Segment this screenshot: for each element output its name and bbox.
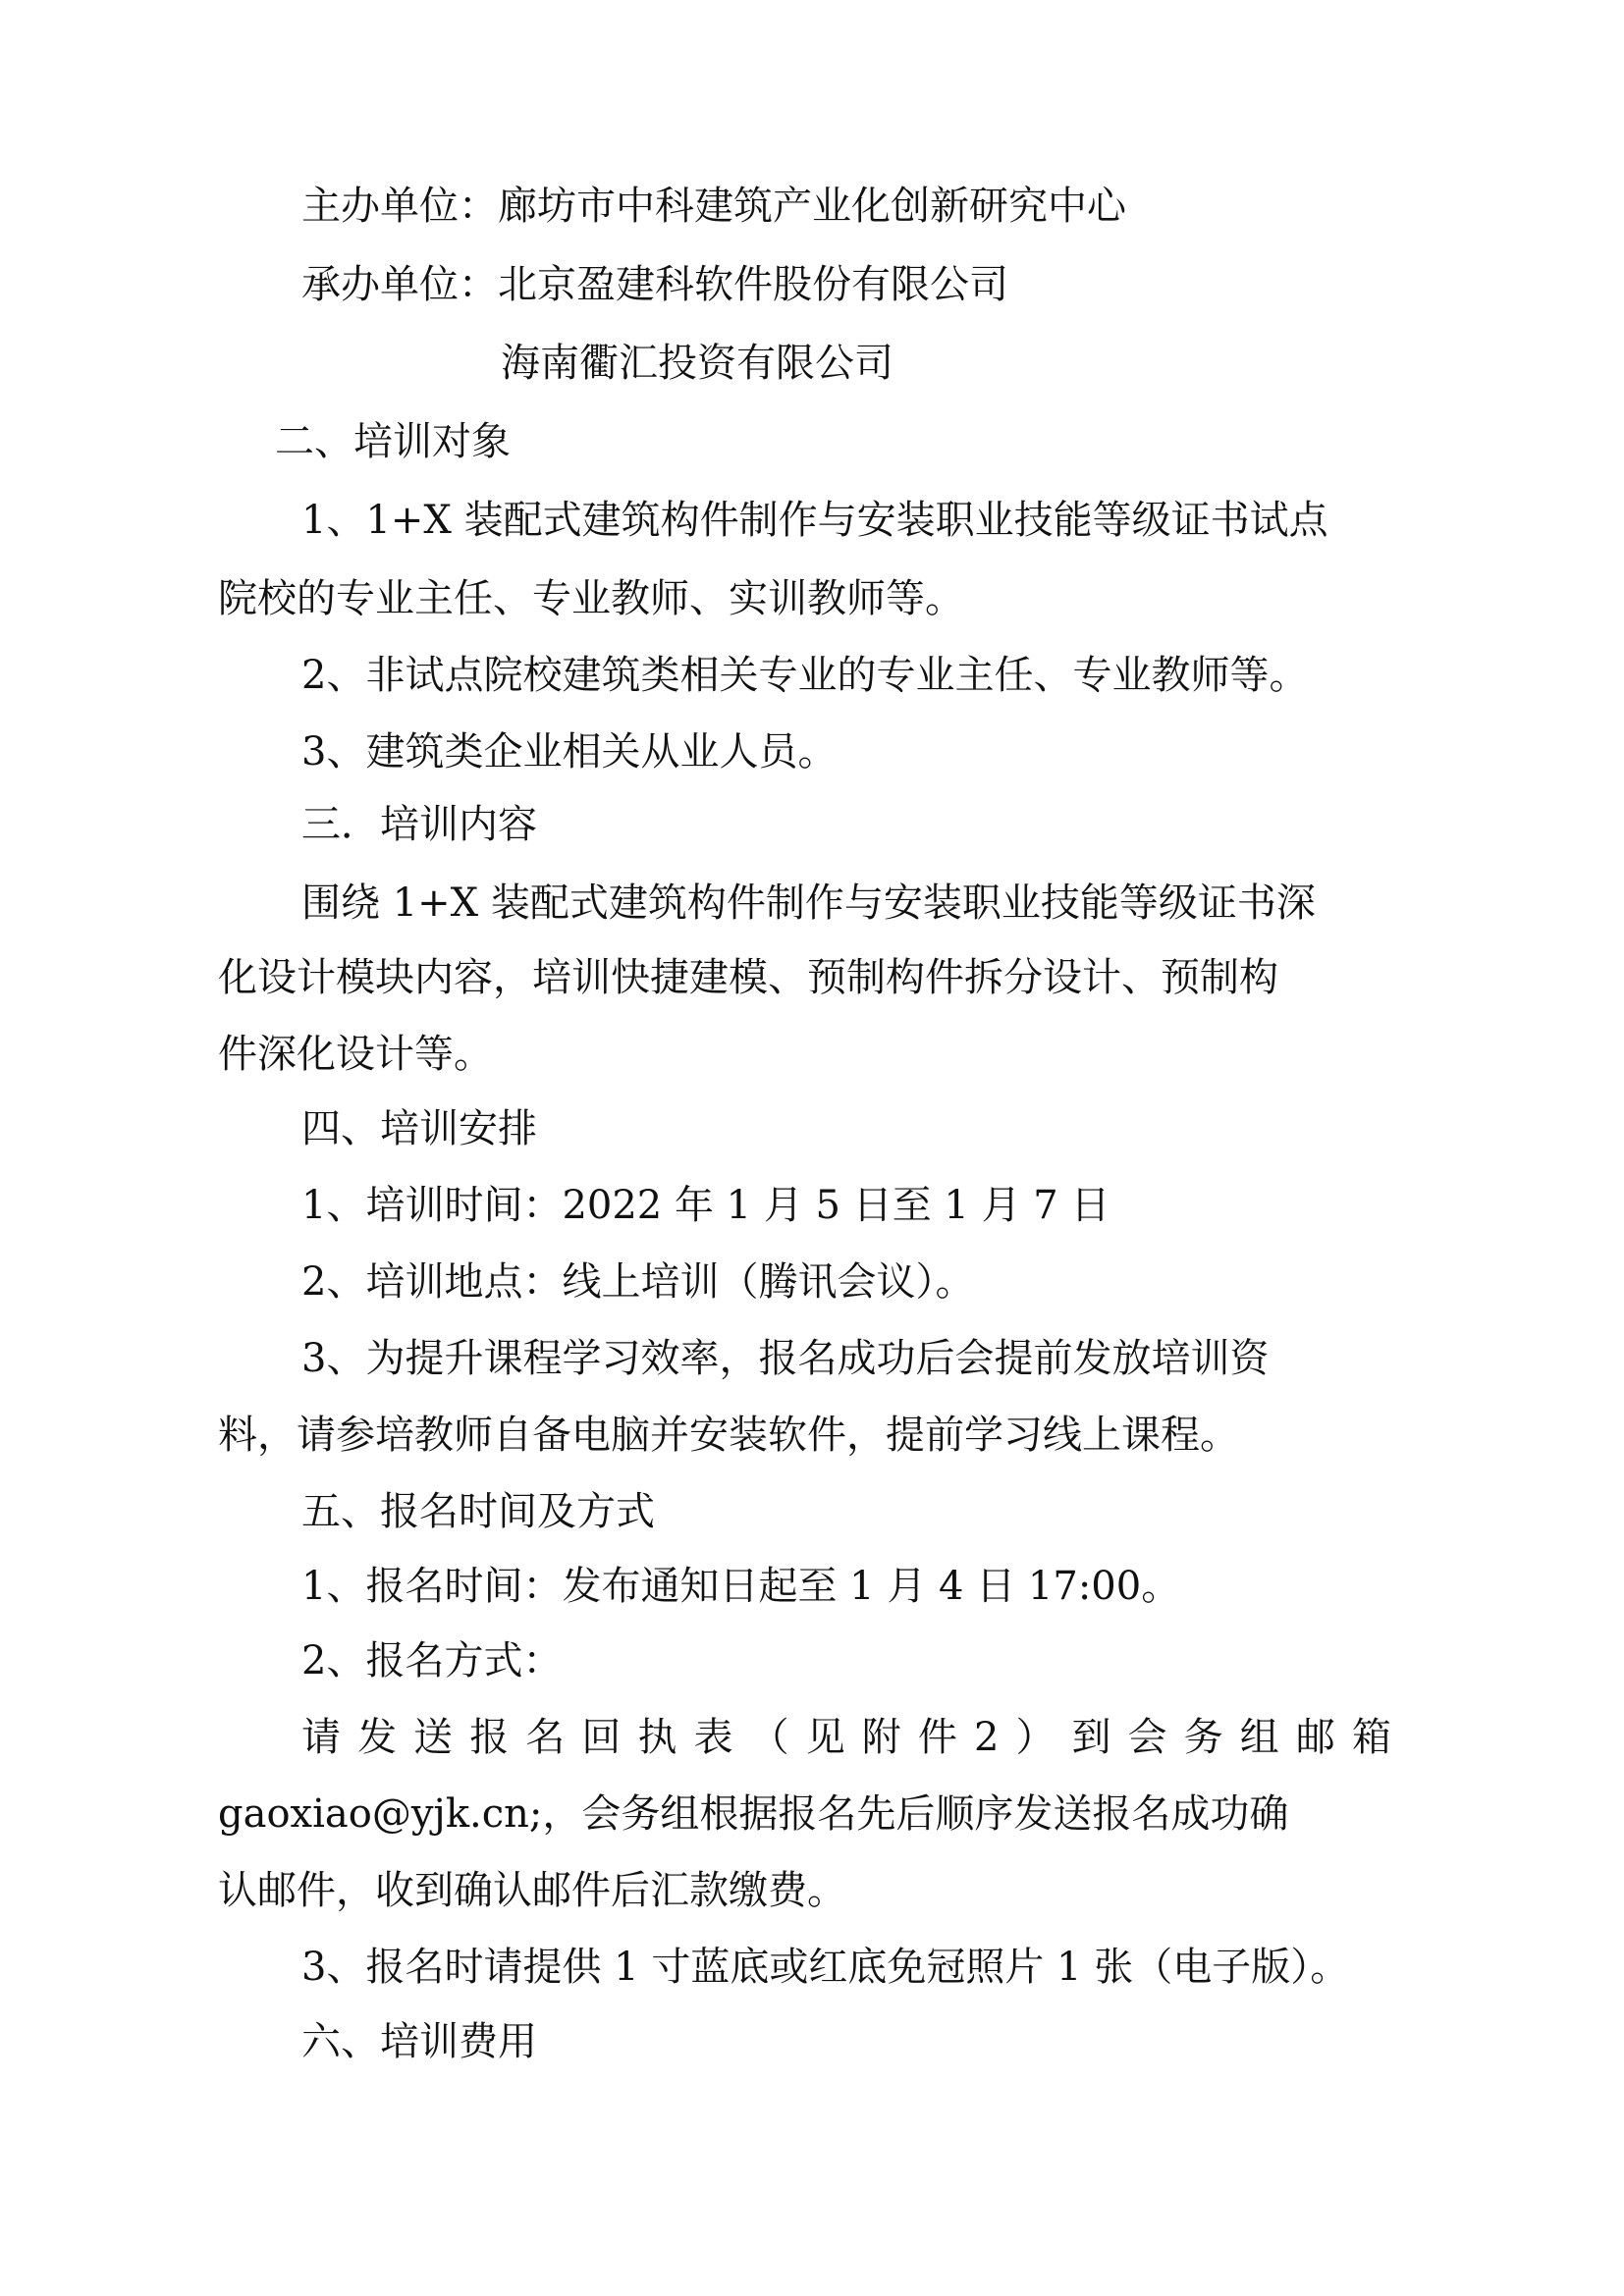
section-heading-trainees: 二、培训对象 bbox=[275, 414, 511, 469]
section-heading-schedule: 四、培训安排 bbox=[301, 1101, 537, 1156]
co-organizer-2: 海南衢汇投资有限公司 bbox=[501, 336, 893, 391]
char: 组 bbox=[1240, 1710, 1279, 1765]
char: 邮 bbox=[1296, 1710, 1335, 1765]
char: 见 bbox=[806, 1710, 845, 1765]
char: 请 bbox=[301, 1710, 341, 1765]
trainees-item-2: 2、非试点院校建筑类相关专业的专业主任、专业教师等。 bbox=[301, 648, 1308, 703]
char: 报 bbox=[469, 1710, 509, 1765]
registration-method-line-1: 请 发 送 报 名 回 执 表 （ 见 附 件 2 ） 到 会 务 组 邮 箱 bbox=[301, 1710, 1391, 1765]
char: 件 bbox=[918, 1710, 957, 1765]
schedule-item-location: 2、培训地点：线上培训（腾讯会议）。 bbox=[301, 1255, 974, 1309]
section-heading-fees: 六、培训费用 bbox=[301, 2014, 537, 2069]
trainees-item-1-line-2: 院校的专业主任、专业教师、实训教师等。 bbox=[218, 571, 964, 626]
registration-email-text: gaoxiao@yjk.cn;，会务组根据报名先后顺序发送报名成功确 bbox=[218, 1791, 1288, 1837]
char: 到 bbox=[1072, 1710, 1111, 1765]
char: 回 bbox=[581, 1710, 621, 1765]
char: 务 bbox=[1184, 1710, 1223, 1765]
trainees-item-1-line-1: 1、1+X 装配式建筑构件制作与安装职业技能等级证书试点 bbox=[301, 493, 1328, 548]
char: 2 bbox=[974, 1710, 999, 1765]
content-para-line-2: 化设计模块内容，培训快捷建模、预制构件拆分设计、预制构 bbox=[218, 950, 1278, 1005]
host-label: 主办单位： bbox=[301, 184, 498, 229]
content-para-line-1: 围绕 1+X 装配式建筑构件制作与安装职业技能等级证书深 bbox=[301, 876, 1316, 931]
char: 发 bbox=[357, 1710, 397, 1765]
co-organizer-line: 承办单位：北京盈建科软件股份有限公司 bbox=[301, 257, 1008, 312]
schedule-item-3-line-2: 料，请参培教师自备电脑并安装软件，提前学习线上课程。 bbox=[218, 1408, 1239, 1463]
host-organizer: 廊坊市中科建筑产业化创新研究中心 bbox=[498, 184, 1126, 229]
char: 名 bbox=[525, 1710, 565, 1765]
char: 附 bbox=[862, 1710, 901, 1765]
schedule-item-time: 1、培训时间：2022 年 1 月 5 日至 1 月 7 日 bbox=[301, 1178, 1110, 1233]
section-heading-content: 三．培训内容 bbox=[301, 797, 537, 852]
char: 会 bbox=[1128, 1710, 1167, 1765]
registration-method-line-2: gaoxiao@yjk.cn;，会务组根据报名先后顺序发送报名成功确 bbox=[218, 1787, 1288, 1842]
content-para-line-3: 件深化设计等。 bbox=[218, 1027, 493, 1082]
host-organizer-line: 主办单位：廊坊市中科建筑产业化创新研究中心 bbox=[301, 179, 1126, 234]
registration-method-label: 2、报名方式： bbox=[301, 1633, 562, 1688]
registration-method-line-3: 认邮件，收到确认邮件后汇款缴费。 bbox=[218, 1863, 846, 1918]
trainees-item-3: 3、建筑类企业相关从业人员。 bbox=[301, 724, 837, 779]
co-organizer-label: 承办单位： bbox=[301, 262, 498, 307]
char: 执 bbox=[637, 1710, 677, 1765]
char: 表 bbox=[694, 1710, 733, 1765]
schedule-item-3-line-1: 3、为提升课程学习效率，报名成功后会提前发放培训资 bbox=[301, 1331, 1269, 1386]
char: 送 bbox=[413, 1710, 453, 1765]
char: ） bbox=[1015, 1710, 1055, 1765]
registration-photo-requirement: 3、报名时请提供 1 寸蓝底或红底免冠照片 1 张（电子版）。 bbox=[301, 1940, 1349, 1995]
section-heading-registration: 五、报名时间及方式 bbox=[301, 1484, 655, 1539]
registration-deadline: 1、报名时间：发布通知日起至 1 月 4 日 17:00。 bbox=[301, 1559, 1180, 1614]
char: （ bbox=[750, 1710, 789, 1765]
co-organizer-1: 北京盈建科软件股份有限公司 bbox=[498, 262, 1008, 307]
char: 箱 bbox=[1352, 1710, 1391, 1765]
document-page: 主办单位：廊坊市中科建筑产业化创新研究中心 承办单位：北京盈建科软件股份有限公司… bbox=[0, 0, 1624, 2296]
